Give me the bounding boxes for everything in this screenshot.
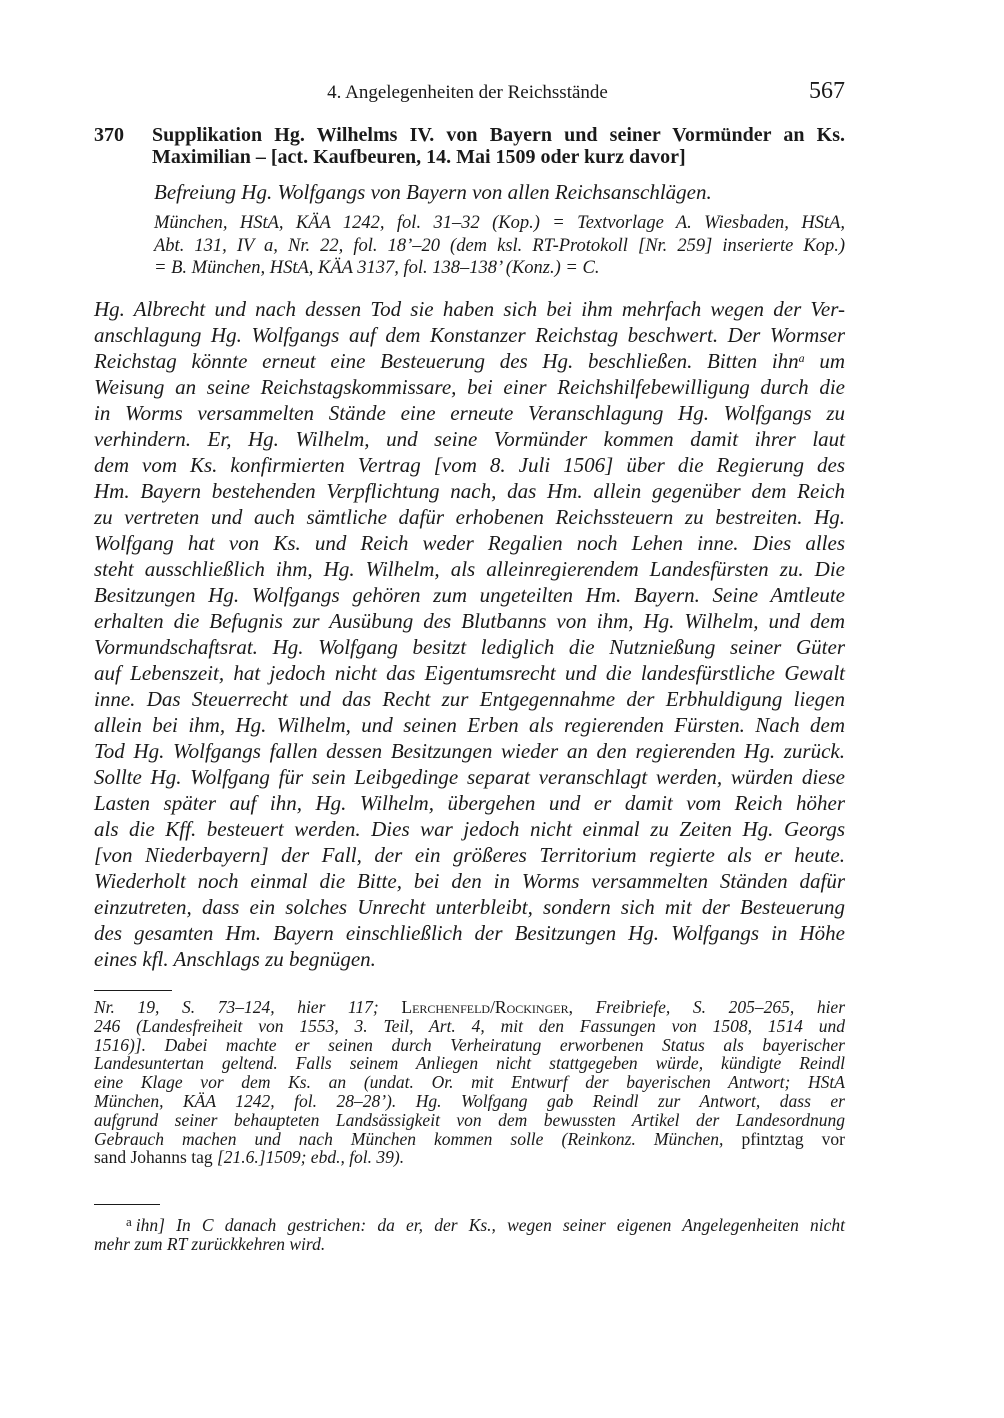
- footnote-line: aufgrund seiner behaupteten Landsässigke…: [94, 1111, 845, 1130]
- document-page: 4. Angelegenheiten der Reichsstände 567 …: [0, 0, 1004, 1418]
- body-line: inne. Das Steuerrecht und das Recht zur …: [94, 686, 845, 712]
- running-head: 4. Angelegenheiten der Reichsstände 567: [90, 78, 845, 108]
- apparatus-text: ihn] In C danach gestrichen: da er, der …: [136, 1215, 845, 1235]
- page-number: 567: [809, 78, 845, 105]
- author-name: Lerchenfeld/Rockinger,: [401, 997, 573, 1017]
- running-title: 4. Angelegenheiten der Reichsstände: [90, 82, 845, 104]
- body-line: Hm. Bayern bestehenden Verpflichtung nac…: [94, 478, 845, 504]
- text-apparatus: aihn] In C danach gestrichen: da er, der…: [94, 1212, 845, 1254]
- body-line: Wolfgang hat von Ks. und Reich weder Reg…: [94, 530, 845, 556]
- body-line: [von Niederbayern] der Fall, der ein grö…: [94, 842, 845, 868]
- footnote-marker[interactable]: a: [799, 351, 805, 365]
- title-line: Supplikation Hg. Wilhelms IV. von Bayern…: [152, 124, 845, 146]
- body-line-text: Reichstag könnte erneut eine Besteuerung…: [94, 349, 799, 373]
- apparatus-line: mehr zum RT zurückkehren wird.: [94, 1235, 845, 1254]
- body-text: Hg. Albrecht und nach dessen Tod sie hab…: [94, 296, 845, 972]
- source-line: München, HStA, KÄA 1242, fol. 31–32 (Kop…: [154, 212, 845, 235]
- body-line: allein bei ihm, Hg. Wilhelm, und seinen …: [94, 712, 845, 738]
- body-line: in Worms versammelten Stände eine erneut…: [94, 400, 845, 426]
- body-line: des gesamten Hm. Bayern einschließlich d…: [94, 920, 845, 946]
- body-line: zu vertreten und auch sämtliche dafür er…: [94, 504, 845, 530]
- body-line: eines kfl. Anschlags zu begnügen.: [94, 946, 845, 972]
- footnote-separator: [94, 990, 172, 991]
- body-line: steht ausschließlich ihm, Hg. Wilhelm, a…: [94, 556, 845, 582]
- source-line: Abt. 131, IV a, Nr. 22, fol. 18’–20 (dem…: [154, 235, 845, 258]
- body-line: verhindern. Er, Hg. Wilhelm, und seine V…: [94, 426, 845, 452]
- document-number: 370: [94, 124, 124, 147]
- body-line: Sollte Hg. Wolfgang für sein Leibgedinge…: [94, 764, 845, 790]
- body-line: Reichstag könnte erneut eine Besteuerung…: [94, 348, 845, 374]
- footnote-text: Nr. 19, S. 73–124, hier 117;: [94, 997, 379, 1017]
- document-title: Supplikation Hg. Wilhelms IV. von Bayern…: [152, 124, 845, 168]
- source-line: = B. München, HStA, KÄA 3137, fol. 138–1…: [154, 257, 845, 280]
- footnote-line: sand Johanns tag [21.6.]1509; ebd., fol.…: [94, 1148, 845, 1167]
- body-line-text: um: [819, 349, 845, 373]
- body-line: Tod Hg. Wolfgangs fallen dessen Besitzun…: [94, 738, 845, 764]
- regest: Befreiung Hg. Wolfgangs von Bayern von a…: [154, 180, 845, 205]
- apparatus-separator: [94, 1204, 160, 1205]
- body-line: einzutreten, dass ein solches Unrecht un…: [94, 894, 845, 920]
- body-line: Lasten später auf ihn, Hg. Wilhelm, über…: [94, 790, 845, 816]
- body-line: Wiederholt noch einmal die Bitte, bei de…: [94, 868, 845, 894]
- footnote-line: Landesuntertan geltend. Falls seinem Anl…: [94, 1054, 845, 1073]
- footnote-line: München, KÄA 1242, fol. 28–28’). Hg. Wol…: [94, 1092, 845, 1111]
- footnote-continuation: Nr. 19, S. 73–124, hier 117; Lerchenfeld…: [94, 998, 845, 1167]
- footnote-line: eine Klage vor dem Ks. an (undat. Or. mi…: [94, 1073, 845, 1092]
- body-line: erhalten die Befugnis zur Ausübung des B…: [94, 608, 845, 634]
- body-line: Vormundschaftsrat. Hg. Wolfgang besitzt …: [94, 634, 845, 660]
- source-citation: München, HStA, KÄA 1242, fol. 31–32 (Kop…: [154, 212, 845, 280]
- body-line: Besitzungen Hg. Wolfgangs gehören zum un…: [94, 582, 845, 608]
- footnote-line: 1516)]. Dabei machte er seinen durch Ver…: [94, 1036, 845, 1055]
- document-heading: 370 Supplikation Hg. Wilhelms IV. von Ba…: [94, 124, 845, 168]
- footnote-line: 246 (Landesfreiheit von 1553, 3. Teil, A…: [94, 1017, 845, 1036]
- quoted-source-text: sand Johanns tag: [94, 1147, 213, 1167]
- apparatus-marker: a: [126, 1214, 132, 1229]
- body-line: auf Lebenszeit, hat jedoch nicht das Eig…: [94, 660, 845, 686]
- footnote-line: Nr. 19, S. 73–124, hier 117; Lerchenfeld…: [94, 998, 845, 1017]
- apparatus-line: aihn] In C danach gestrichen: da er, der…: [94, 1212, 845, 1235]
- quoted-source-text: pfintztag vor: [741, 1129, 845, 1149]
- body-line: als die Kff. besteuert werden. Dies war …: [94, 816, 845, 842]
- footnote-text: [21.6.]1509; ebd., fol. 39).: [217, 1147, 404, 1167]
- body-line: dem vom Ks. konfirmierten Vertrag [vom 8…: [94, 452, 845, 478]
- footnote-text: Gebrauch machen und nach München kommen …: [94, 1129, 723, 1149]
- footnote-text: Freibriefe, S. 205–265, hier: [596, 997, 845, 1017]
- body-line: Hg. Albrecht und nach dessen Tod sie hab…: [94, 296, 845, 322]
- body-line: anschlagung Hg. Wolfgangs auf dem Konsta…: [94, 322, 845, 348]
- title-line: Maximilian – [act. Kaufbeuren, 14. Mai 1…: [152, 146, 845, 168]
- footnote-line: Gebrauch machen und nach München kommen …: [94, 1130, 845, 1149]
- body-line: Weisung an seine Reichstagskommissare, b…: [94, 374, 845, 400]
